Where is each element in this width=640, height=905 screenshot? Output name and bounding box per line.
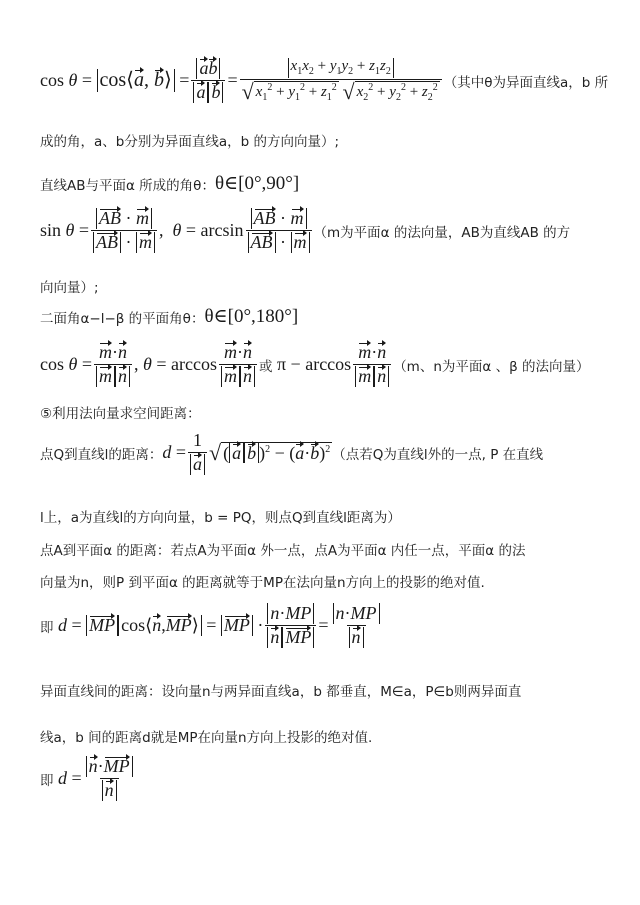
cos-theta-lhs: cos θ = (40, 70, 97, 91)
text-direction-vector-end: 向向量）; (40, 276, 99, 296)
heading-line-plane-angle: 直线AB与平面α 所成的角θ： θ∈[0°,90°] (40, 172, 299, 195)
abs-cos-angle: cos⟨a, b⟩ (97, 69, 175, 92)
text-skew-projection: 线a，b 间的距离d就是MP在向量n方向上投影的绝对值. (40, 726, 372, 746)
formula-line-plane-angle: sin θ = AB · m AB · m , θ = arcsin AB · … (40, 208, 570, 253)
fraction-ab: ab ab (191, 58, 225, 103)
text-point-line-definition: l上，a为直线l的方向向量，b = PQ，则点Q到直线l距离为） (40, 506, 401, 526)
or-label: 或 (259, 355, 273, 375)
fraction-cos-mn: m·n mn (94, 342, 132, 387)
fraction-pi-arccos-mn: m·n mn (353, 342, 391, 387)
section-heading-distance: ⑤利用法向量求空间距离： (40, 402, 201, 422)
formula-skew-angle: cos θ = cos⟨a, b⟩ = ab ab = x1x2 + y1y2 … (40, 58, 608, 104)
dihedral-angle-range: θ∈[0°,180°] (204, 305, 298, 328)
fraction-projection: n·MP nMP (265, 603, 316, 648)
formula-dihedral-angle: cos θ = m·n mn , θ = arccos m·n mn 或 π −… (40, 342, 590, 387)
note-normal-vector: （m为平面α 的法向量，AB为直线AB 的方 (314, 221, 571, 241)
text-projection-definition: 向量为n，则P 到平面α 的距离就等于MP在法向量n方向上的投影的绝对值. (40, 571, 485, 591)
point-line-label: 点Q到直线l的距离： (40, 443, 162, 463)
heading-dihedral-angle: 二面角α−l−β 的平面角θ： θ∈[0°,180°] (40, 305, 298, 328)
formula-point-line-distance: 点Q到直线l的距离： d = 1 a √(ab)2 − (a·b)2 （点若Q为… (40, 430, 543, 475)
ji-label: 即 (40, 616, 54, 636)
fraction-final-distance: n·MP n (331, 603, 382, 648)
text-skew-lines-distance: 异面直线间的距离：设向量n与两异面直线a，b 都垂直，M∈a，P∈b则两异面直 (40, 680, 521, 700)
formula-point-plane-distance: 即 d = MP cos⟨n,MP⟩ = MP · n·MP nMP = n·M… (40, 603, 384, 648)
line-plane-angle-range: θ∈[0°,90°] (215, 172, 299, 195)
text-direction-vectors: 成的角，a、b分别为异面直线a，b 的方向向量）; (40, 130, 339, 150)
fraction-arcsin: AB · m AB · m (246, 208, 312, 253)
fraction-sin: AB · m AB · m (91, 208, 157, 253)
note-point-q: （点若Q为直线l外的一点, P 在直线 (332, 443, 543, 463)
note-normal-vectors: （m、n为平面α 、β 的法向量） (393, 355, 589, 375)
text-point-plane-distance: 点A到平面α 的距离：若点A为平面α 外一点，点A为平面α 内任一点，平面α 的… (40, 539, 525, 559)
dihedral-angle-label: 二面角α−l−β 的平面角θ： (40, 307, 204, 327)
fraction-coordinates: x1x2 + y1y2 + z1z2 √x12 + y12 + z12 √x22… (240, 58, 442, 104)
ji-label-2: 即 (40, 769, 54, 789)
formula-skew-lines-distance: 即 d = n·MP n (40, 756, 137, 801)
fraction-skew-distance: n·MP n (84, 756, 135, 801)
fraction-arccos-mn: m·n mn (219, 342, 257, 387)
fraction-one-over-a: 1 a (188, 430, 207, 475)
note-skew-angle: （其中θ为异面直线a，b 所 (444, 71, 608, 91)
sqrt-distance: √(ab)2 − (a·b)2 (209, 442, 332, 464)
line-plane-angle-label: 直线AB与平面α 所成的角θ： (40, 174, 215, 194)
